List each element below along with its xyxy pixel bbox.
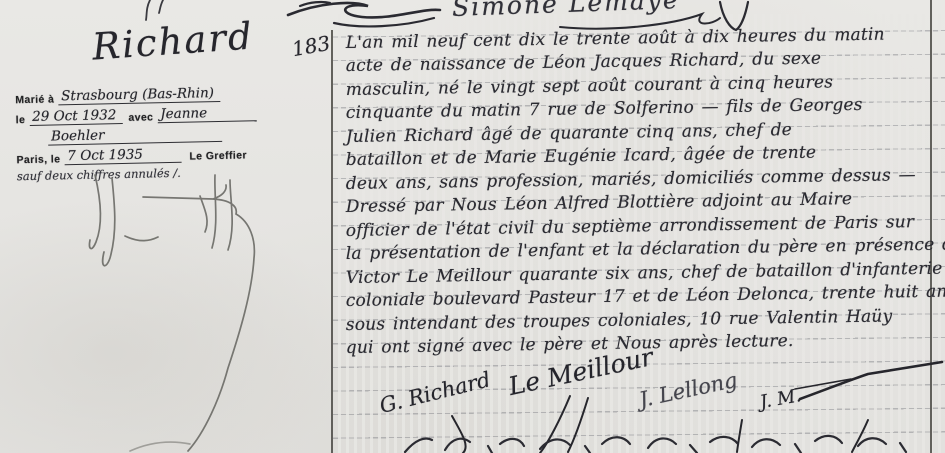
right-edge-rule-line <box>930 0 932 453</box>
married-at-value: Strasbourg (Bas-Rhin) <box>58 85 220 105</box>
greffier-label: Le Greffier <box>189 149 247 162</box>
marriage-date: 29 Oct 1932 <box>29 107 123 126</box>
stamp-note: sauf deux chiffres annulés /. <box>17 163 327 183</box>
margin-surname: Richard <box>91 14 255 68</box>
married-at-label: Marié à <box>15 93 54 106</box>
register-page-scan: Simone Lemaye Richard 183 Marié à Strasb… <box>0 0 945 453</box>
mention-date: 7 Oct 1935 <box>64 146 181 165</box>
avec-label: avec <box>128 111 153 124</box>
spouse-first-name: Jeanne <box>157 104 256 123</box>
paris-le-label: Paris, le <box>16 153 60 166</box>
act-number: 183 <box>290 31 332 61</box>
margin-pencil-paraph-icon <box>89 175 254 451</box>
spouse-surname: Boehler <box>48 125 222 146</box>
marriage-mention-stamp: Marié à Strasbourg (Bas-Rhin) le 29 Oct … <box>15 83 327 183</box>
margin-top-marks-icon <box>146 0 163 20</box>
margin-rule-line <box>331 30 333 453</box>
le-label: le <box>16 114 26 126</box>
